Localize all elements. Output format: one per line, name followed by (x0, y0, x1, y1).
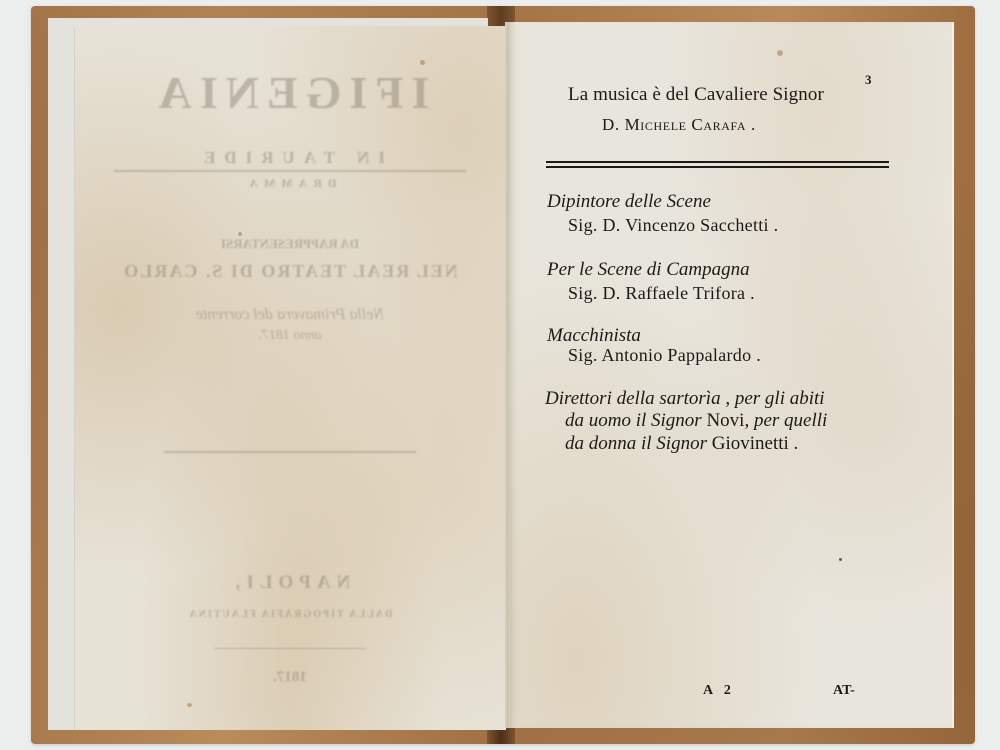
wardrobe-directors: Direttori della sartorìa , per gli abiti (545, 388, 825, 410)
credit-person: Sig. D. Raffaele Trifora . (568, 283, 755, 304)
bleed-rule (214, 648, 366, 649)
bleed-subtitle: IN TAURIDE (74, 148, 506, 168)
wardrobe-women: da donna il Signor Giovinetti . (565, 433, 798, 455)
composer-suffix: . (751, 115, 756, 134)
composer-prefix: D. (602, 115, 620, 134)
foxing-spot (238, 232, 242, 236)
bleed-season: Nella Primavera del corrente (74, 306, 506, 324)
bleed-rule (164, 451, 416, 453)
credit-person: Sig. D. Vincenzo Sacchetti . (568, 215, 778, 236)
bleed-city: NAPOLI, (74, 572, 506, 594)
bleed-title: IFIGENIA (74, 66, 506, 119)
bleed-year-line: anno 1817. (74, 328, 506, 344)
wardrobe-name: Giovinetti . (712, 433, 799, 454)
wardrobe-name: Novi (706, 410, 744, 431)
foxing-spot (777, 50, 783, 56)
bleed-rule (114, 170, 466, 172)
bleed-line: DA RAPPRESENTARSI (74, 236, 506, 252)
credit-person: Sig. Antonio Pappalardo . (568, 345, 761, 366)
signature-mark: A 2 (703, 683, 731, 699)
bleed-through-title-page: IFIGENIA IN TAURIDE DRAMMA DA RAPPRESENT… (74, 26, 506, 730)
composer-name: Michele Carafa (625, 115, 747, 134)
double-rule-divider (546, 161, 889, 170)
credit-role: Macchinista (547, 325, 641, 347)
composer: D. Michele Carafa . (602, 115, 756, 135)
bleed-printer: DALLA TIPOGRAFIA FLAUTINA (74, 609, 506, 620)
foxing-spot (187, 703, 192, 707)
wardrobe-men: da uomo il Signor Novi, per quelli (565, 410, 827, 432)
credit-role: Per le Scene di Campagna (547, 259, 750, 281)
foxing-spot (420, 60, 425, 65)
foxing-spot (839, 558, 842, 561)
bleed-genre: DRAMMA (74, 176, 506, 191)
bleed-year: 1817. (74, 669, 506, 686)
page-number: 3 (865, 72, 872, 88)
catchword: AT- (833, 683, 855, 699)
bleed-theatre: NEL REAL TEATRO DI S. CARLO (74, 261, 506, 282)
book-photo: IFIGENIA IN TAURIDE DRAMMA DA RAPPRESENT… (0, 0, 1000, 750)
music-credit: La musica è del Cavaliere Signor (568, 84, 824, 106)
credit-role: Dipintore delle Scene (547, 191, 711, 213)
